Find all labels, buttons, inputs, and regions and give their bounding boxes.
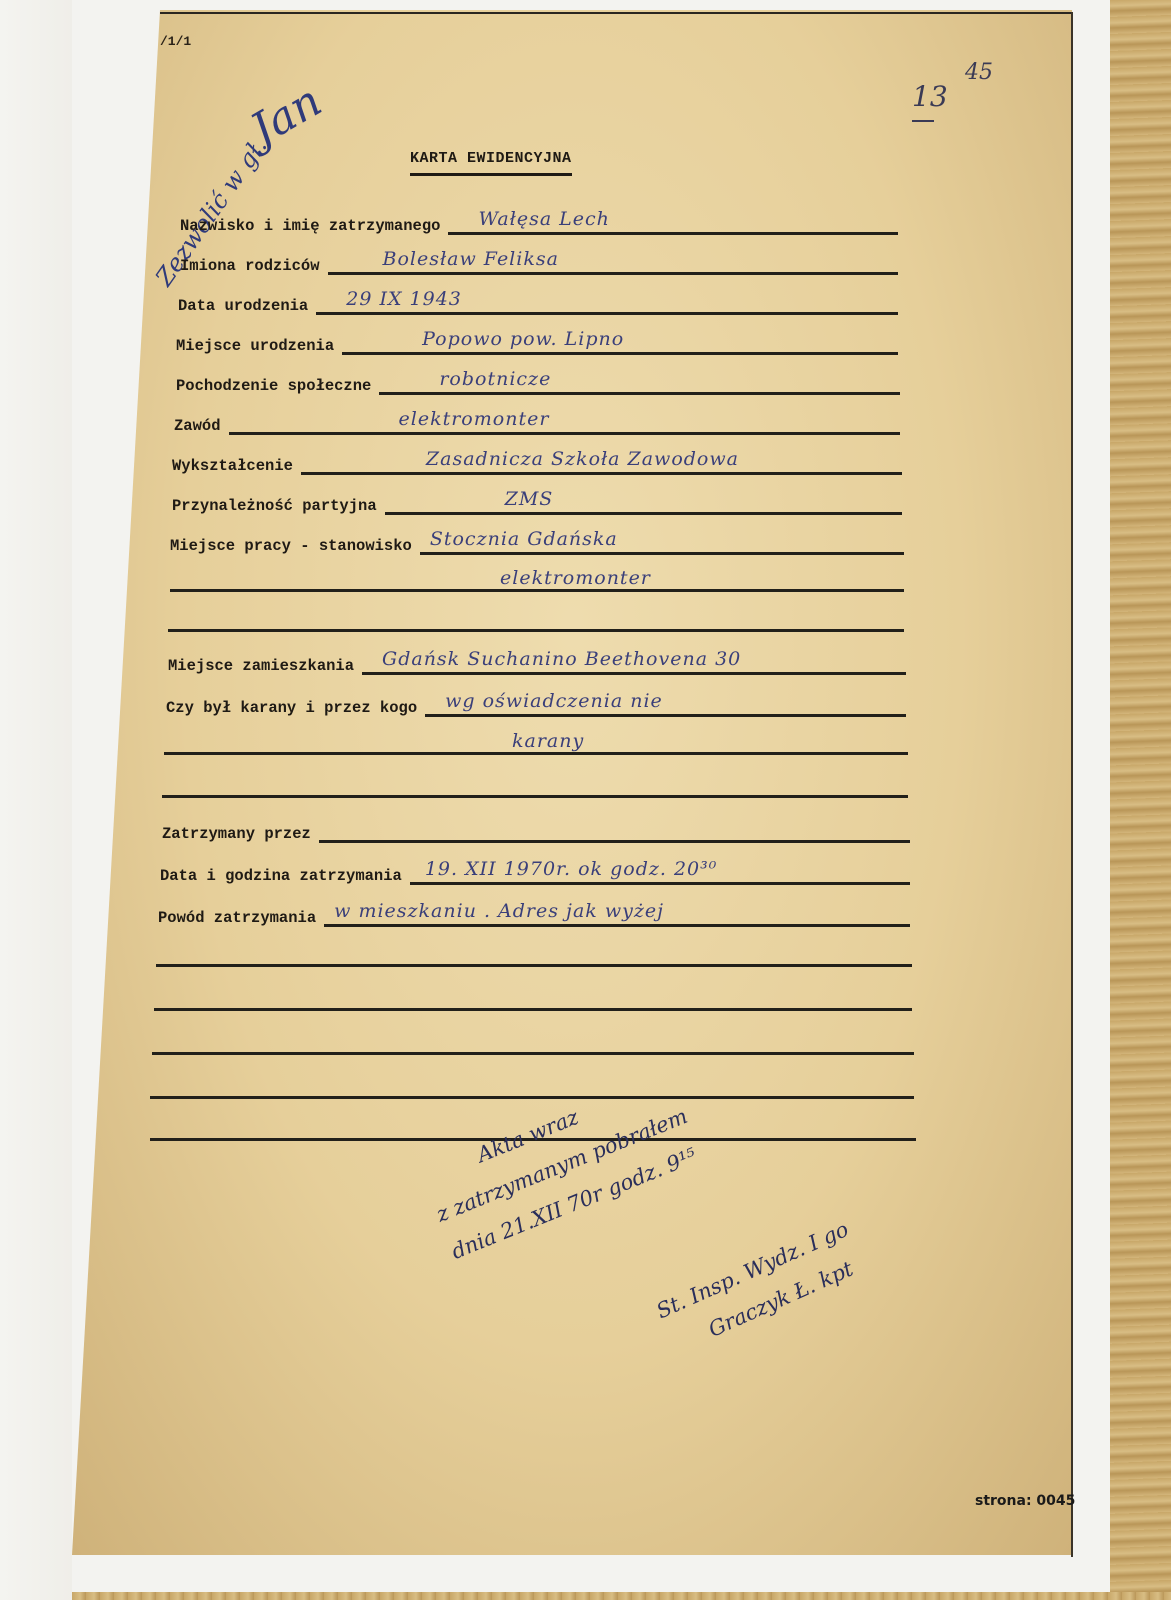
scan-border-top xyxy=(160,12,1072,14)
blank-line xyxy=(150,1096,914,1099)
wooden-table xyxy=(1110,0,1171,1600)
folio-secondary: 45 xyxy=(965,60,993,85)
field-value: Gdańsk Suchanino Beethovena 30 xyxy=(382,648,741,670)
field-label: Miejsce urodzenia xyxy=(176,337,334,355)
field-value: w mieszkaniu . Adres jak wyżej xyxy=(334,900,664,922)
field-line: Wałęsa Lech xyxy=(448,212,898,235)
field-miejsce-zamieszkania: Miejsce zamieszkania Gdańsk Suchanino Be… xyxy=(168,652,906,675)
field-value: 19. XII 1970r. ok godz. 20³⁰ xyxy=(425,858,718,880)
field-line: wg oświadczenia nie xyxy=(425,694,906,717)
page-number-stamp: strona: 0045 xyxy=(975,1493,1075,1509)
field-zatrzymany-przez: Zatrzymany przez xyxy=(162,820,910,843)
field-label: Data i godzina zatrzymania xyxy=(160,867,402,885)
field-powod-zatrzymania: Powód zatrzymania w mieszkaniu . Adres j… xyxy=(158,904,910,927)
blank-line xyxy=(162,795,908,798)
blank-line xyxy=(168,629,904,632)
field-label: Zatrzymany przez xyxy=(162,825,311,843)
field-line: Gdańsk Suchanino Beethovena 30 xyxy=(362,652,906,675)
field-czy-karany: Czy był karany i przez kogo wg oświadcze… xyxy=(166,694,906,717)
folio-underline xyxy=(912,120,934,122)
field-value: Stocznia Gdańska xyxy=(430,528,618,550)
blank-line xyxy=(154,1008,912,1011)
field-imiona-rodzicow: Imiona rodziców Bolesław Feliksa xyxy=(180,252,898,275)
field-value: 29 IX 1943 xyxy=(346,288,462,310)
scan-border-right xyxy=(1071,12,1073,1557)
field-label: Czy był karany i przez kogo xyxy=(166,699,417,717)
field-line: Popowo pow. Lipno xyxy=(342,332,898,355)
field-line: Zasadnicza Szkoła Zawodowa xyxy=(301,452,902,475)
field-value: Wałęsa Lech xyxy=(478,208,609,230)
field-value: Bolesław Feliksa xyxy=(383,248,559,270)
field-line xyxy=(319,820,910,843)
field-data-zatrzymania: Data i godzina zatrzymania 19. XII 1970r… xyxy=(160,862,910,885)
field-przynaleznosc: Przynależność partyjna ZMS xyxy=(172,492,902,515)
folio-number: 13 xyxy=(912,80,948,113)
field-line: robotnicze xyxy=(379,372,900,395)
continuation-line xyxy=(170,589,904,592)
field-label: Zawód xyxy=(174,417,221,435)
field-miejsce-urodzenia: Miejsce urodzenia Popowo pow. Lipno xyxy=(176,332,898,355)
field-line: 19. XII 1970r. ok godz. 20³⁰ xyxy=(410,862,910,885)
field-miejsce-pracy: Miejsce pracy - stanowisko Stocznia Gdań… xyxy=(170,532,904,555)
field-value: robotnicze xyxy=(439,368,551,390)
field-label: Nazwisko i imię zatrzymanego xyxy=(180,217,440,235)
field-line: w mieszkaniu . Adres jak wyżej xyxy=(324,904,910,927)
field-value: Popowo pow. Lipno xyxy=(422,328,624,350)
field-data-urodzenia: Data urodzenia 29 IX 1943 xyxy=(178,292,898,315)
field-value: Zasadnicza Szkoła Zawodowa xyxy=(426,448,739,470)
field-label: Wykształcenie xyxy=(172,457,293,475)
field-label: Przynależność partyjna xyxy=(172,497,377,515)
field-zawod: Zawód elektromonter xyxy=(174,412,900,435)
field-line: 29 IX 1943 xyxy=(316,292,898,315)
field-line: ZMS xyxy=(385,492,902,515)
continuation-line xyxy=(164,752,908,755)
field-nazwisko: Nazwisko i imię zatrzymanego Wałęsa Lech xyxy=(180,212,898,235)
blank-line xyxy=(152,1052,914,1055)
field-value-continuation: elektromonter xyxy=(500,567,651,589)
field-wyksztalcenie: Wykształcenie Zasadnicza Szkoła Zawodowa xyxy=(172,452,902,475)
field-label: Miejsce zamieszkania xyxy=(168,657,354,675)
field-label: Pochodzenie społeczne xyxy=(176,377,371,395)
field-value: elektromonter xyxy=(399,408,550,430)
field-label: Powód zatrzymania xyxy=(158,909,316,927)
field-pochodzenie: Pochodzenie społeczne robotnicze xyxy=(176,372,900,395)
field-value-continuation: karany xyxy=(512,730,584,752)
field-line: Bolesław Feliksa xyxy=(328,252,898,275)
field-line: elektromonter xyxy=(229,412,900,435)
wooden-table-bottom xyxy=(72,1592,1171,1600)
field-label: Miejsce pracy - stanowisko xyxy=(170,537,412,555)
scanned-document xyxy=(72,10,1072,1555)
document-reference: /1/1 xyxy=(160,34,191,49)
field-label: Imiona rodziców xyxy=(180,257,320,275)
field-value: wg oświadczenia nie xyxy=(445,690,663,712)
field-line: Stocznia Gdańska xyxy=(420,532,904,555)
field-label: Data urodzenia xyxy=(178,297,308,315)
blank-line xyxy=(156,964,912,967)
document-title: KARTA EWIDENCYJNA xyxy=(410,150,572,176)
field-value: ZMS xyxy=(505,488,554,510)
